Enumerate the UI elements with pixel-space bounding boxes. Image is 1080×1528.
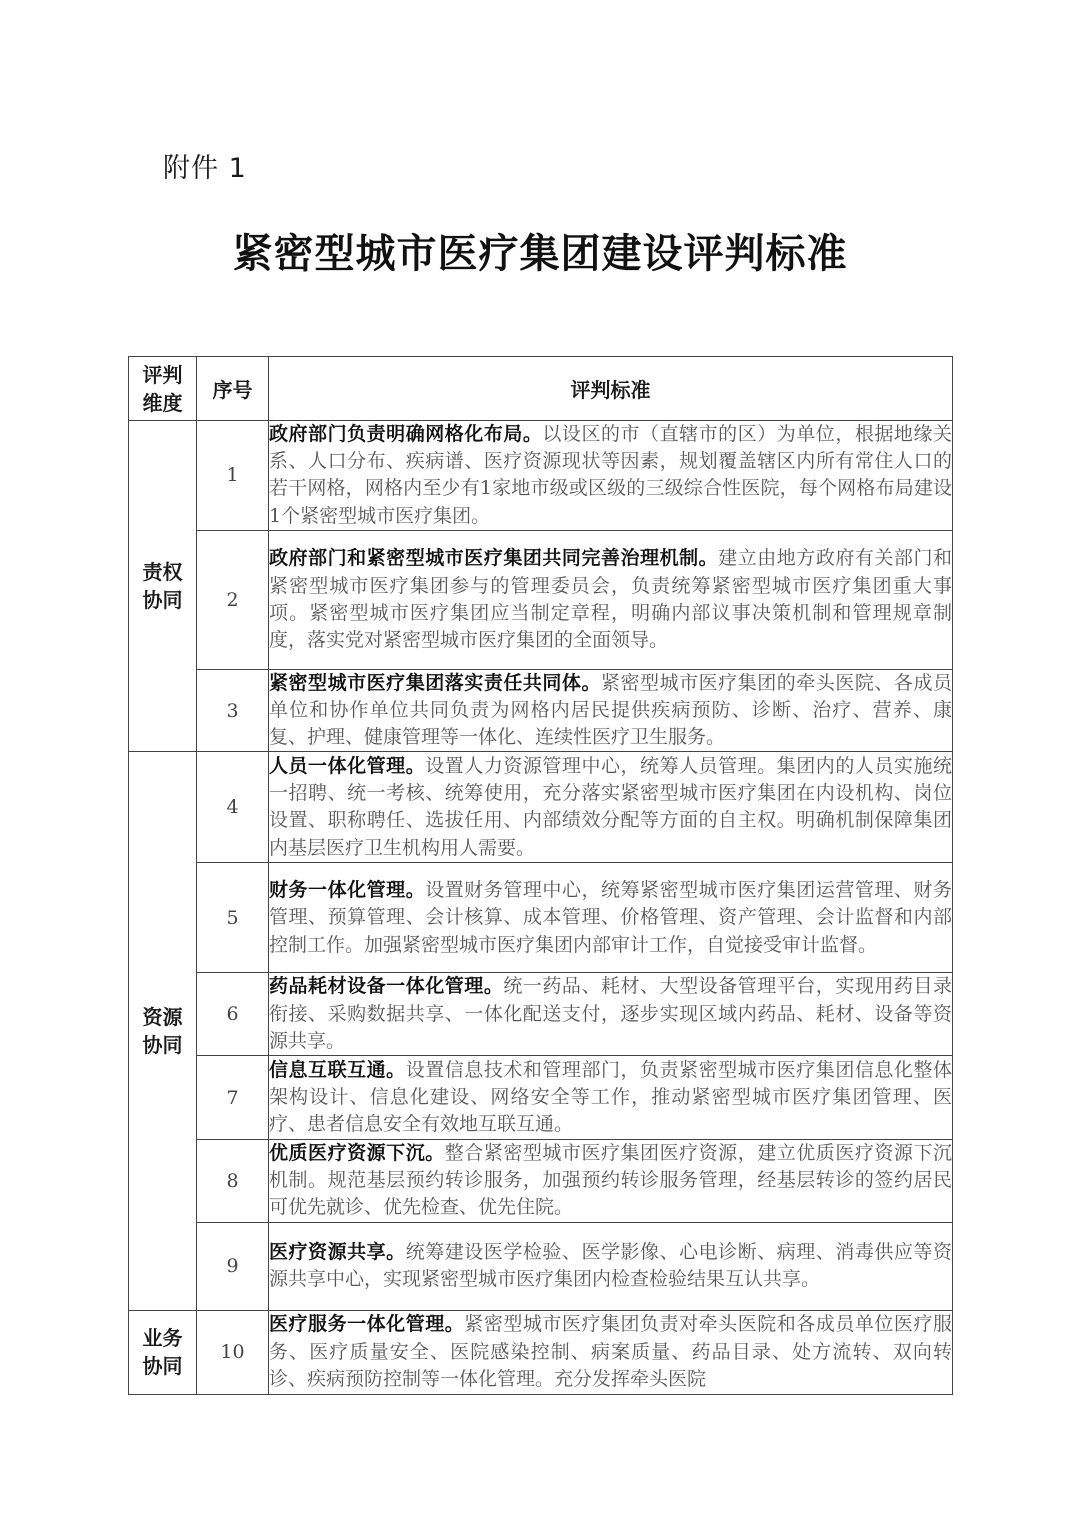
criteria-lead: 信息互联互通。 bbox=[269, 1059, 406, 1081]
criteria-lead: 优质医疗资源下沉。 bbox=[269, 1142, 445, 1164]
table-row: 资源协同 4 人员一体化管理。设置人力资源管理中心，统筹人员管理。集团内的人员实… bbox=[129, 752, 953, 863]
criteria-cell: 药品耗材设备一体化管理。统一药品、耗材、大型设备管理平台，实现用药目录衔接、采购… bbox=[269, 973, 953, 1056]
criteria-lead: 药品耗材设备一体化管理。 bbox=[269, 975, 503, 997]
dimension-cell: 业务协同 bbox=[129, 1310, 197, 1394]
dimension-cell: 资源协同 bbox=[129, 752, 197, 1310]
criteria-cell: 政府部门和紧密型城市医疗集团共同完善治理机制。建立由地方政府有关部门和紧密型城市… bbox=[269, 530, 953, 669]
table-row: 责权协同 1 政府部门负责明确网格化布局。以设区的市（直辖市的区）为单位，根据地… bbox=[129, 421, 953, 531]
table-row: 9 医疗资源共享。统筹建设医学检验、医学影像、心电诊断、病理、消毒供应等资源共享… bbox=[129, 1222, 953, 1310]
table-row: 6 药品耗材设备一体化管理。统一药品、耗材、大型设备管理平台，实现用药目录衔接、… bbox=[129, 973, 953, 1056]
row-number: 10 bbox=[197, 1310, 269, 1394]
criteria-cell: 财务一体化管理。设置财务管理中心，统筹紧密型城市医疗集团运营管理、财务管理、预算… bbox=[269, 863, 953, 973]
row-number: 5 bbox=[197, 863, 269, 973]
table-row: 8 优质医疗资源下沉。整合紧密型城市医疗集团医疗资源，建立优质医疗资源下沉机制。… bbox=[129, 1140, 953, 1223]
header-dimension: 评判维度 bbox=[129, 357, 197, 421]
criteria-lead: 财务一体化管理。 bbox=[269, 879, 425, 901]
criteria-cell: 紧密型城市医疗集团落实责任共同体。紧密型城市医疗集团的牵头医院、各成员单位和协作… bbox=[269, 669, 953, 752]
document-title: 紧密型城市医疗集团建设评判标准 bbox=[0, 222, 1080, 279]
criteria-lead: 人员一体化管理。 bbox=[269, 755, 425, 777]
row-number: 1 bbox=[197, 421, 269, 531]
criteria-cell: 医疗资源共享。统筹建设医学检验、医学影像、心电诊断、病理、消毒供应等资源共享中心… bbox=[269, 1222, 953, 1310]
row-number: 4 bbox=[197, 752, 269, 863]
criteria-cell: 信息互联互通。设置信息技术和管理部门，负责紧密型城市医疗集团信息化整体架构设计、… bbox=[269, 1056, 953, 1140]
dimension-cell: 责权协同 bbox=[129, 421, 197, 752]
row-number: 6 bbox=[197, 973, 269, 1056]
header-criteria: 评判标准 bbox=[269, 357, 953, 421]
row-number: 7 bbox=[197, 1056, 269, 1140]
row-number: 8 bbox=[197, 1140, 269, 1223]
criteria-lead: 政府部门和紧密型城市医疗集团共同完善治理机制。 bbox=[269, 547, 718, 569]
criteria-lead: 紧密型城市医疗集团落实责任共同体。 bbox=[269, 672, 601, 694]
table-row: 2 政府部门和紧密型城市医疗集团共同完善治理机制。建立由地方政府有关部门和紧密型… bbox=[129, 530, 953, 669]
row-number: 3 bbox=[197, 669, 269, 752]
header-number: 序号 bbox=[197, 357, 269, 421]
criteria-lead: 医疗资源共享。 bbox=[269, 1241, 406, 1263]
evaluation-standards-table: 评判维度 序号 评判标准 责权协同 1 政府部门负责明确网格化布局。以设区的市（… bbox=[128, 356, 953, 1395]
row-number: 2 bbox=[197, 530, 269, 669]
row-number: 9 bbox=[197, 1222, 269, 1310]
table-row: 业务协同 10 医疗服务一体化管理。紧密型城市医疗集团负责对牵头医院和各成员单位… bbox=[129, 1310, 953, 1394]
table-row: 7 信息互联互通。设置信息技术和管理部门，负责紧密型城市医疗集团信息化整体架构设… bbox=[129, 1056, 953, 1140]
table-row: 3 紧密型城市医疗集团落实责任共同体。紧密型城市医疗集团的牵头医院、各成员单位和… bbox=[129, 669, 953, 752]
criteria-cell: 政府部门负责明确网格化布局。以设区的市（直辖市的区）为单位，根据地缘关系、人口分… bbox=[269, 421, 953, 531]
table-header-row: 评判维度 序号 评判标准 bbox=[129, 357, 953, 421]
criteria-cell: 医疗服务一体化管理。紧密型城市医疗集团负责对牵头医院和各成员单位医疗服务、医疗质… bbox=[269, 1310, 953, 1394]
criteria-lead: 政府部门负责明确网格化布局。 bbox=[269, 423, 542, 445]
criteria-lead: 医疗服务一体化管理。 bbox=[269, 1313, 464, 1335]
criteria-cell: 人员一体化管理。设置人力资源管理中心，统筹人员管理。集团内的人员实施统一招聘、统… bbox=[269, 752, 953, 863]
attachment-label: 附件 1 bbox=[163, 146, 247, 185]
criteria-cell: 优质医疗资源下沉。整合紧密型城市医疗集团医疗资源，建立优质医疗资源下沉机制。规范… bbox=[269, 1140, 953, 1223]
table-row: 5 财务一体化管理。设置财务管理中心，统筹紧密型城市医疗集团运营管理、财务管理、… bbox=[129, 863, 953, 973]
